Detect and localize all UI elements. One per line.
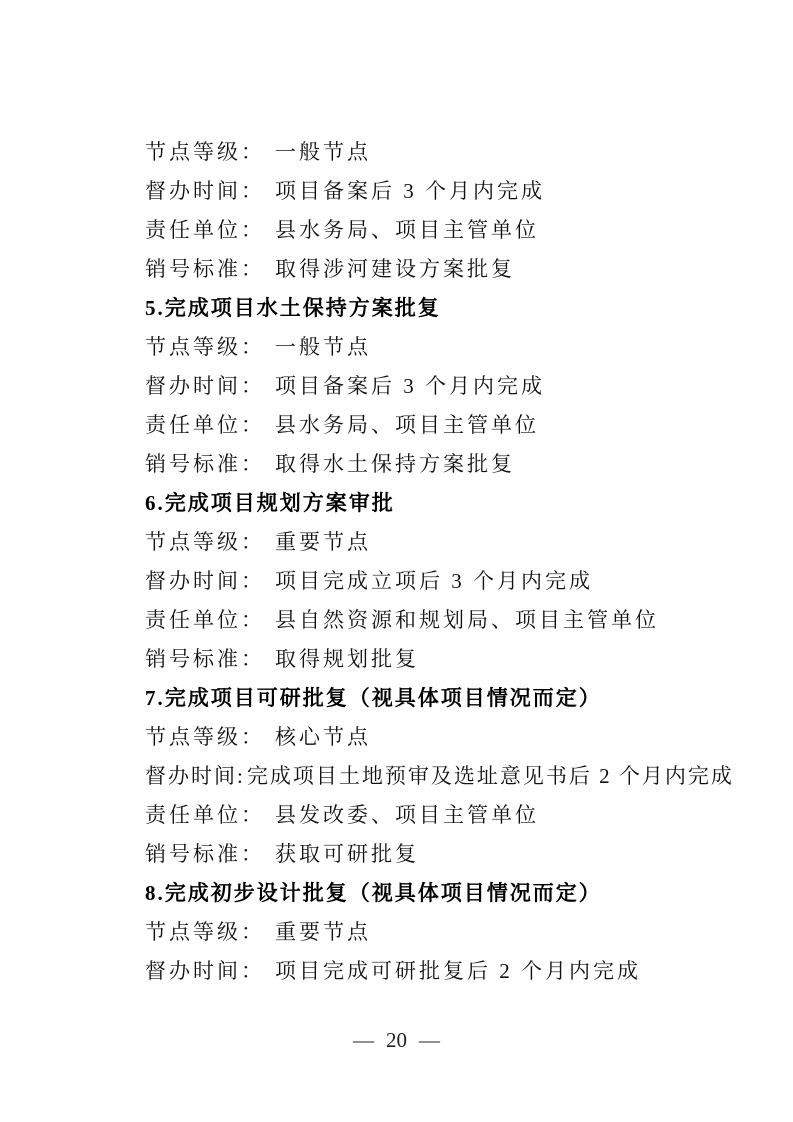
field-line: 督办时间：项目完成可研批复后 2 个月内完成 [145,952,725,991]
page-footer: —20— [0,1026,793,1054]
field-value: 一般节点 [275,335,371,359]
field-label: 督办时间： [145,569,265,593]
field-value: 项目备案后 3 个月内完成 [275,179,545,203]
field-value: 取得规划批复 [275,647,419,671]
field-value: 县水务局、项目主管单位 [275,218,539,242]
field-value: 获取可研批复 [275,842,419,866]
field-line: 销号标准：取得规划批复 [145,640,725,679]
field-label: 督办时间： [145,374,265,398]
field-label: 责任单位： [145,608,265,632]
field-line: 责任单位：县水务局、项目主管单位 [145,406,725,445]
field-value: 县自然资源和规划局、项目主管单位 [275,608,659,632]
field-line: 销号标准：取得涉河建设方案批复 [145,250,725,289]
field-line: 督办时间：项目备案后 3 个月内完成 [145,367,725,406]
field-line: 销号标准：取得水土保持方案批复 [145,445,725,484]
document-content: 节点等级：一般节点督办时间：项目备案后 3 个月内完成责任单位：县水务局、项目主… [145,133,725,991]
field-label: 节点等级： [145,530,265,554]
field-line: 督办时间：项目完成立项后 3 个月内完成 [145,562,725,601]
field-label: 督办时间： [145,959,265,983]
section-heading: 8.完成初步设计批复（视具体项目情况而定） [145,874,725,913]
field-label: 节点等级： [145,335,265,359]
field-line: 督办时间：项目备案后 3 个月内完成 [145,172,725,211]
field-label: 销号标准： [145,647,265,671]
field-label: 销号标准： [145,452,265,476]
field-label: 督办时间: [145,764,245,788]
field-label: 节点等级： [145,725,265,749]
section-heading: 5.完成项目水土保持方案批复 [145,289,725,328]
field-label: 节点等级： [145,920,265,944]
field-label: 责任单位： [145,218,265,242]
field-line: 责任单位：县自然资源和规划局、项目主管单位 [145,601,725,640]
footer-right-dash: — [419,1028,440,1052]
field-value: 项目完成可研批复后 2 个月内完成 [275,959,641,983]
document-page: 节点等级：一般节点督办时间：项目备案后 3 个月内完成责任单位：县水务局、项目主… [0,0,793,1122]
field-line: 销号标准：获取可研批复 [145,835,725,874]
field-value: 核心节点 [275,725,371,749]
field-line: 节点等级：一般节点 [145,133,725,172]
field-line: 节点等级：核心节点 [145,718,725,757]
field-value: 县水务局、项目主管单位 [275,413,539,437]
field-value: 重要节点 [275,530,371,554]
field-label: 销号标准： [145,257,265,281]
field-value: 项目完成立项后 3 个月内完成 [275,569,593,593]
field-value: 项目备案后 3 个月内完成 [275,374,545,398]
field-value: 重要节点 [275,920,371,944]
field-line: 责任单位：县发改委、项目主管单位 [145,796,725,835]
section-heading: 7.完成项目可研批复（视具体项目情况而定） [145,679,725,718]
field-line: 节点等级：重要节点 [145,523,725,562]
field-line: 督办时间:完成项目土地预审及选址意见书后 2 个月内完成 [145,757,725,796]
field-value: 完成项目土地预审及选址意见书后 2 个月内完成 [247,764,734,788]
field-label: 节点等级： [145,140,265,164]
page-number: 20 [386,1028,407,1052]
footer-left-dash: — [353,1028,374,1052]
field-value: 一般节点 [275,140,371,164]
field-value: 县发改委、项目主管单位 [275,803,539,827]
field-value: 取得涉河建设方案批复 [275,257,515,281]
field-line: 节点等级：一般节点 [145,328,725,367]
section-heading: 6.完成项目规划方案审批 [145,484,725,523]
field-line: 责任单位：县水务局、项目主管单位 [145,211,725,250]
field-line: 节点等级：重要节点 [145,913,725,952]
field-label: 责任单位： [145,413,265,437]
field-value: 取得水土保持方案批复 [275,452,515,476]
field-label: 责任单位： [145,803,265,827]
field-label: 督办时间： [145,179,265,203]
field-label: 销号标准： [145,842,265,866]
